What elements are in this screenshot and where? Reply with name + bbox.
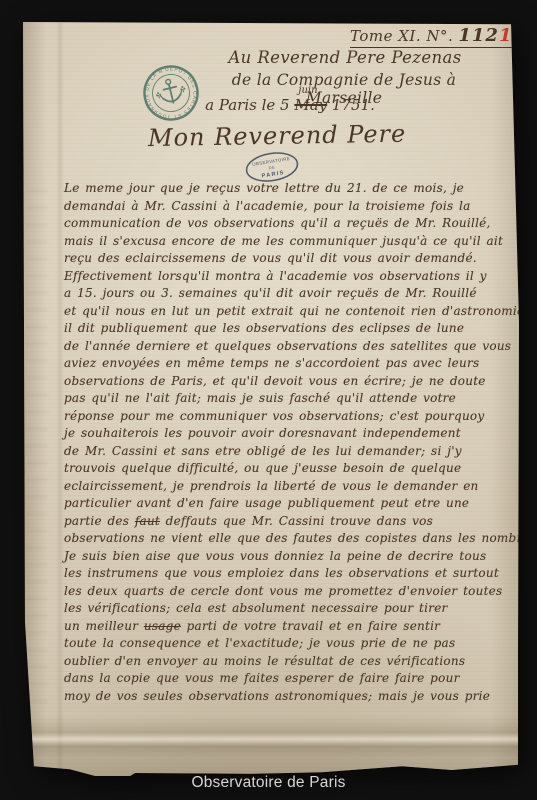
manuscript-line: Le meme jour que je reçus votre lettre d… — [64, 180, 516, 198]
address-line-recipient: Au Reverend Pere Pezenas — [222, 48, 468, 67]
oval-stamp-line2: DE — [268, 164, 275, 170]
vertical-crease — [56, 22, 64, 776]
manuscript-line: communication de vos observations qu'il … — [64, 215, 516, 233]
anchor-icon — [157, 77, 184, 105]
manuscript-line: de l'année derniere et quelques observat… — [64, 338, 516, 356]
manuscript-line: Effectivement lorsqu'il montra à l'acade… — [64, 268, 516, 286]
letter-body: Le meme jour que je reçus votre lettre d… — [64, 180, 516, 705]
manuscript-line: les deux quarts de cercle dont vous me p… — [64, 583, 516, 601]
manuscript-line: observations ne vient elle que des faute… — [64, 530, 516, 548]
salutation: Mon Reverend Pere — [148, 120, 388, 152]
manuscript-line: reçu des eclaircissemens de vous qu'il d… — [64, 250, 516, 268]
archive-number-black: 112 — [458, 25, 499, 46]
address-line-place-date: a Paris le 5 juinMay 1751. — [200, 96, 380, 114]
manuscript-line: observations de Paris, et qu'il devoit v… — [64, 373, 516, 391]
manuscript-line: et qu'il nous en lut un petit extrait qu… — [64, 303, 516, 321]
archive-number-red: 1 — [499, 25, 513, 46]
manuscript-line: a 15. jours ou 3. semaines qu'il dit avo… — [64, 285, 516, 303]
archive-tome-label: Tome XI. N°. — [350, 27, 453, 45]
verso-ink-showthrough — [26, 182, 48, 702]
manuscript-line: dans la copie que vous me faites esperer… — [64, 670, 516, 688]
archive-number: Tome XI. N°. 1121 — [350, 25, 512, 48]
date-post: 1751. — [327, 96, 375, 114]
manuscript-line: aviez envoyées en même temps ne s'accord… — [64, 355, 516, 373]
manuscript-line: trouvois quelque difficulté, ou que j'eu… — [64, 460, 516, 478]
manuscript-line: oublier d'en envoyer au moins le résulta… — [64, 653, 516, 671]
manuscript-line: partie des faut deffauts que Mr. Cassini… — [64, 513, 516, 531]
photo-frame: Tome XI. N°. 1121 DEPOT DES CARTES ET JO… — [0, 0, 537, 800]
date-pre: a Paris le 5 — [205, 96, 294, 114]
manuscript-line: les instrumens que vous emploiez dans le… — [64, 565, 516, 583]
manuscript-line: demandai à Mr. Cassini à l'academie, pou… — [64, 198, 516, 216]
manuscript-line: de Mr. Cassini et sans etre obligé de le… — [64, 443, 516, 461]
manuscript-line: pas qu'il ne l'ait fait; mais je suis fa… — [64, 390, 516, 408]
manuscript-line: les vérifications; cela est absolument n… — [64, 600, 516, 618]
date-inserted-month: juin — [298, 85, 317, 96]
bottom-fold-crease — [22, 716, 520, 758]
manuscript-line: il dit publiquement que les observations… — [64, 320, 516, 338]
manuscript-line: mais il s'excusa encore de me les commun… — [64, 233, 516, 251]
manuscript-line: je souhaiterois les pouvoir avoir doresn… — [64, 425, 516, 443]
manuscript-page: Tome XI. N°. 1121 DEPOT DES CARTES ET JO… — [22, 22, 520, 776]
manuscript-line: Je suis bien aise que vous vous donniez … — [64, 548, 516, 566]
date-struck-month: May — [294, 96, 327, 114]
photo-caption: Observatoire de Paris — [0, 774, 537, 792]
manuscript-line: réponse pour me communiquer vos observat… — [64, 408, 516, 426]
manuscript-line: moy de vos seules observations astronomi… — [64, 688, 516, 706]
manuscript-page-wrap: Tome XI. N°. 1121 DEPOT DES CARTES ET JO… — [22, 22, 520, 776]
manuscript-line: eclaircissement, je prendrois la liberté… — [64, 478, 516, 496]
manuscript-line: toute la consequence et l'exactitude; je… — [64, 635, 516, 653]
manuscript-line: un meilleur usage parti de votre travail… — [64, 618, 516, 636]
manuscript-line: particulier avant d'en faire usage publi… — [64, 495, 516, 513]
